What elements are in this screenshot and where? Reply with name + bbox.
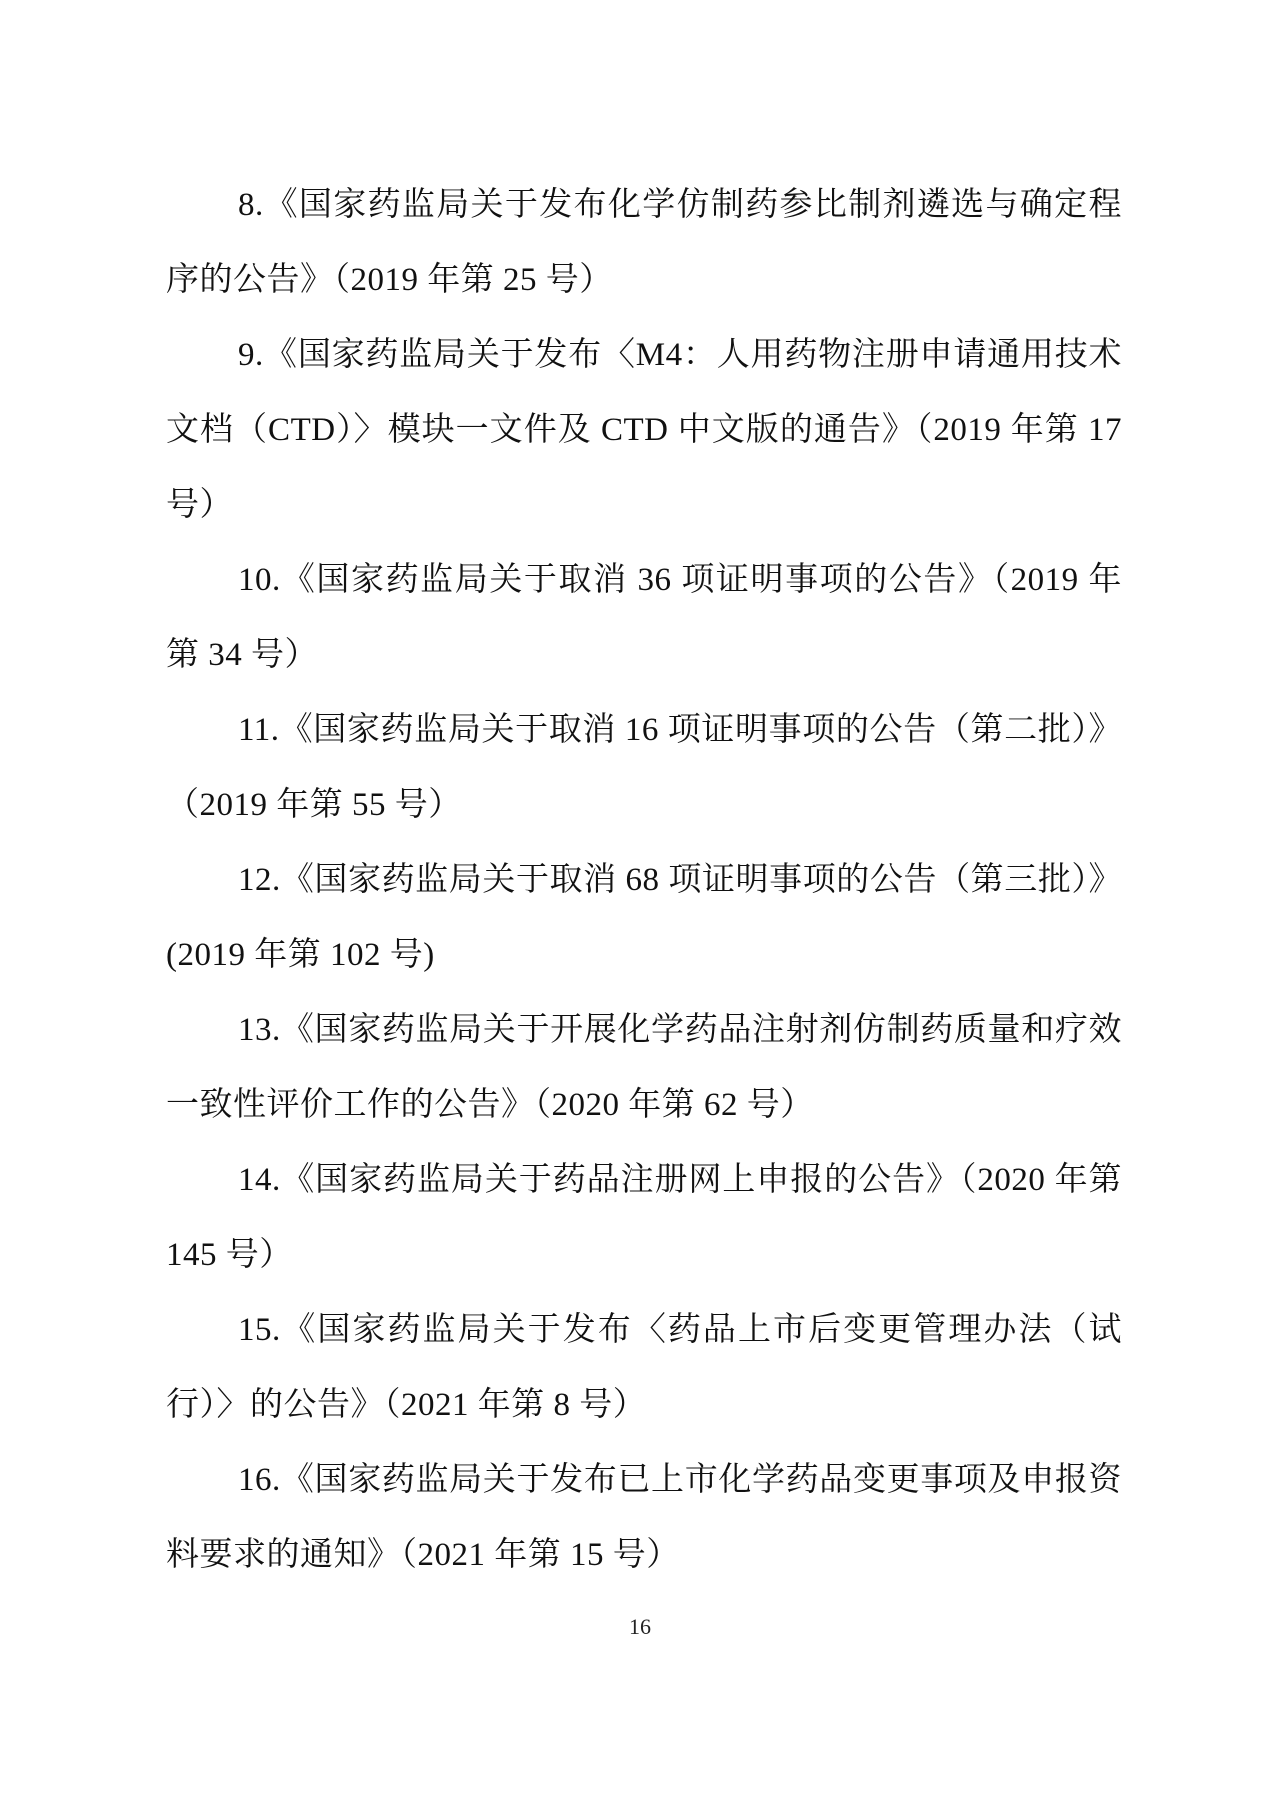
reference-item-16: 16.《国家药监局关于发布已上市化学药品变更事项及申报资料要求的通知》（2021… <box>166 1443 1122 1593</box>
reference-item-8: 8.《国家药监局关于发布化学仿制药参比制剂遴选与确定程序的公告》（2019 年第… <box>166 168 1122 318</box>
reference-item-15: 15.《国家药监局关于发布〈药品上市后变更管理办法（试行）〉的公告》（2021 … <box>166 1293 1122 1443</box>
reference-item-9: 9.《国家药监局关于发布〈M4：人用药物注册申请通用技术文档（CTD）〉模块一文… <box>166 318 1122 543</box>
reference-item-14: 14.《国家药监局关于药品注册网上申报的公告》（2020 年第 145 号） <box>166 1143 1122 1293</box>
page-number: 16 <box>0 1614 1280 1640</box>
reference-item-12: 12.《国家药监局关于取消 68 项证明事项的公告（第三批）》(2019 年第 … <box>166 843 1122 993</box>
reference-item-10: 10.《国家药监局关于取消 36 项证明事项的公告》（2019 年第 34 号） <box>166 543 1122 693</box>
reference-item-13: 13.《国家药监局关于开展化学药品注射剂仿制药质量和疗效一致性评价工作的公告》（… <box>166 993 1122 1143</box>
document-body: 8.《国家药监局关于发布化学仿制药参比制剂遴选与确定程序的公告》（2019 年第… <box>166 168 1122 1593</box>
reference-item-11: 11.《国家药监局关于取消 16 项证明事项的公告（第二批）》（2019 年第 … <box>166 693 1122 843</box>
